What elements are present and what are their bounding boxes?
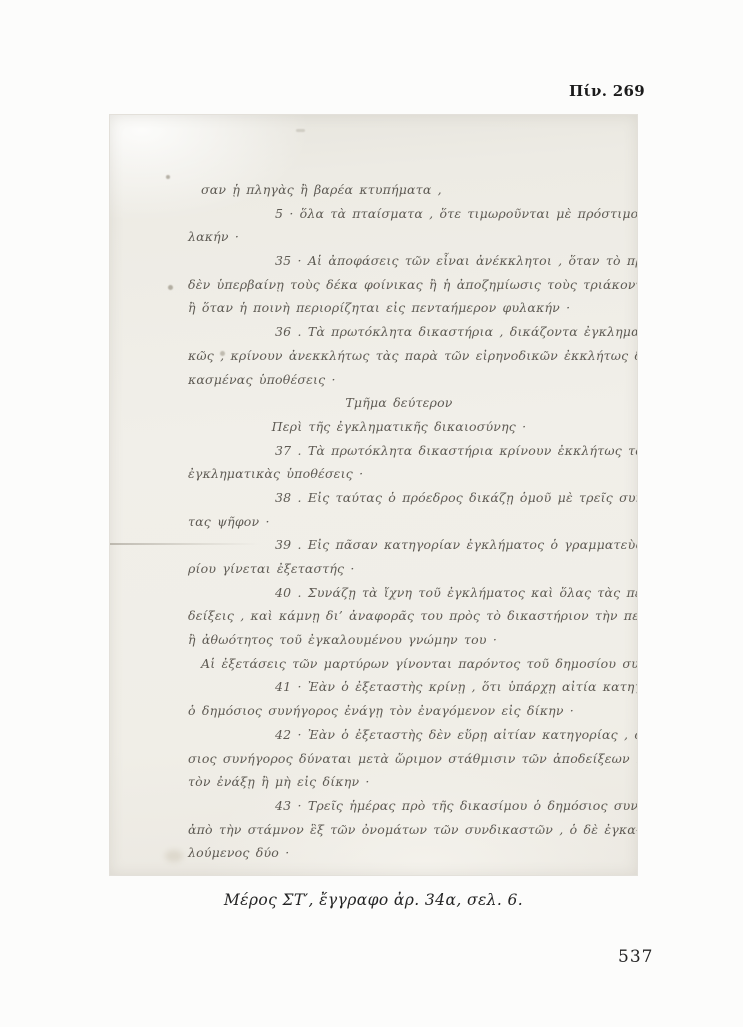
manuscript-line: Αἱ ἐξετάσεις τῶν μαρτύρων γίνονται παρόν…	[168, 652, 630, 676]
manuscript-line: 41 · Ἐὰν ὁ ἐξεταστὴς κρίνῃ , ὅτι ὑπάρχῃ …	[168, 675, 630, 699]
manuscript-line: ὁ δημόσιος συνήγορος ἐνάγῃ τὸν ἐναγόμενο…	[168, 699, 630, 723]
manuscript-line: τας ψῆφον ·	[168, 510, 630, 534]
manuscript-line: Τμῆμα δεύτερον	[168, 391, 630, 415]
manuscript-line: δὲν ὑπερβαίνῃ τοὺς δέκα φοίνικας ἢ ἡ ἀπο…	[168, 273, 630, 297]
manuscript-line: κῶς , κρίνουν ἀνεκκλήτως τὰς παρὰ τῶν εἰ…	[168, 344, 630, 368]
manuscript-line: ἀπὸ τὴν στάμνον ἓξ τῶν ὀνομάτων τῶν συνδ…	[168, 818, 630, 842]
manuscript-line: ρίου γίνεται ἐξεταστής ·	[168, 557, 630, 581]
manuscript-line: σαν ᾑ πληγὰς ἢ βαρέα κτυπήματα ,	[168, 178, 630, 202]
manuscript-line: ἐγκληματικὰς ὑποθέσεις ·	[168, 462, 630, 486]
manuscript-line: τὸν ἐνάξῃ ἢ μὴ εἰς δίκην ·	[168, 770, 630, 794]
manuscript-line: 43 · Τρεῖς ἡμέρας πρὸ τῆς δικασίμου ὁ δη…	[168, 794, 630, 818]
manuscript-line: κασμένας ὑποθέσεις ·	[168, 368, 630, 392]
manuscript-line: 36 . Τὰ πρωτόκλητα δικαστήρια , δικάζοντ…	[168, 320, 630, 344]
manuscript-line: 35 · Αἱ ἀποφάσεις τῶν εἶναι ἀνέκκλητοι ,…	[168, 249, 630, 273]
manuscript-line: 40 . Συνάζῃ τὰ ἴχνη τοῦ ἐγκλήματος καὶ ὅ…	[168, 581, 630, 605]
manuscript-line: 5 · ὅλα τὰ πταίσματα , ὅτε τιμωροῦνται μ…	[168, 202, 630, 226]
manuscript-line: 38 . Εἰς ταύτας ὁ πρόεδρος δικάζῃ ὁμοῦ μ…	[168, 486, 630, 510]
manuscript-line: Περὶ τῆς ἐγκληματικῆς δικαιοσύνης ·	[168, 415, 630, 439]
manuscript-line: 37 . Τὰ πρωτόκλητα δικαστήρια κρίνουν ἐκ…	[168, 439, 630, 463]
manuscript-line: 39 . Εἰς πᾶσαν κατηγορίαν ἐγκλήματος ὁ γ…	[168, 533, 630, 557]
paper-pencil-mark	[296, 129, 305, 132]
figure-caption: Μέρος ΣΤ′, ἔγγραφο ἀρ. 34α, σελ. 6.	[110, 891, 637, 909]
manuscript-line: σιος συνήγορος δύναται μετὰ ὥριμον στάθμ…	[168, 747, 630, 771]
manuscript-line: ἢ ὅταν ἡ ποινὴ περιορίζηται εἰς πενταήμε…	[168, 296, 630, 320]
manuscript-text: σαν ᾑ πληγὰς ἢ βαρέα κτυπήματα ,5 · ὅλα …	[168, 178, 630, 865]
page-number: 537	[618, 947, 653, 967]
manuscript-line: ἢ ἀθωότητος τοῦ ἐγκαλουμένου γνώμην του …	[168, 628, 630, 652]
manuscript-line: δείξεις , καὶ κάμνῃ δι’ ἀναφορᾶς του πρὸ…	[168, 604, 630, 628]
manuscript-line: 42 · Ἐὰν ὁ ἐξεταστὴς δὲν εὕρῃ αἰτίαν κατ…	[168, 723, 630, 747]
manuscript-line: λούμενος δύο ·	[168, 841, 630, 865]
manuscript-photo: σαν ᾑ πληγὰς ἢ βαρέα κτυπήματα ,5 · ὅλα …	[110, 115, 637, 875]
manuscript-line: λακήν ·	[168, 225, 630, 249]
plate-label: Πίν. 269	[569, 82, 645, 100]
book-page: Πίν. 269 σαν ᾑ πληγὰς ἢ βαρέα κτυπήματα …	[0, 0, 743, 1027]
